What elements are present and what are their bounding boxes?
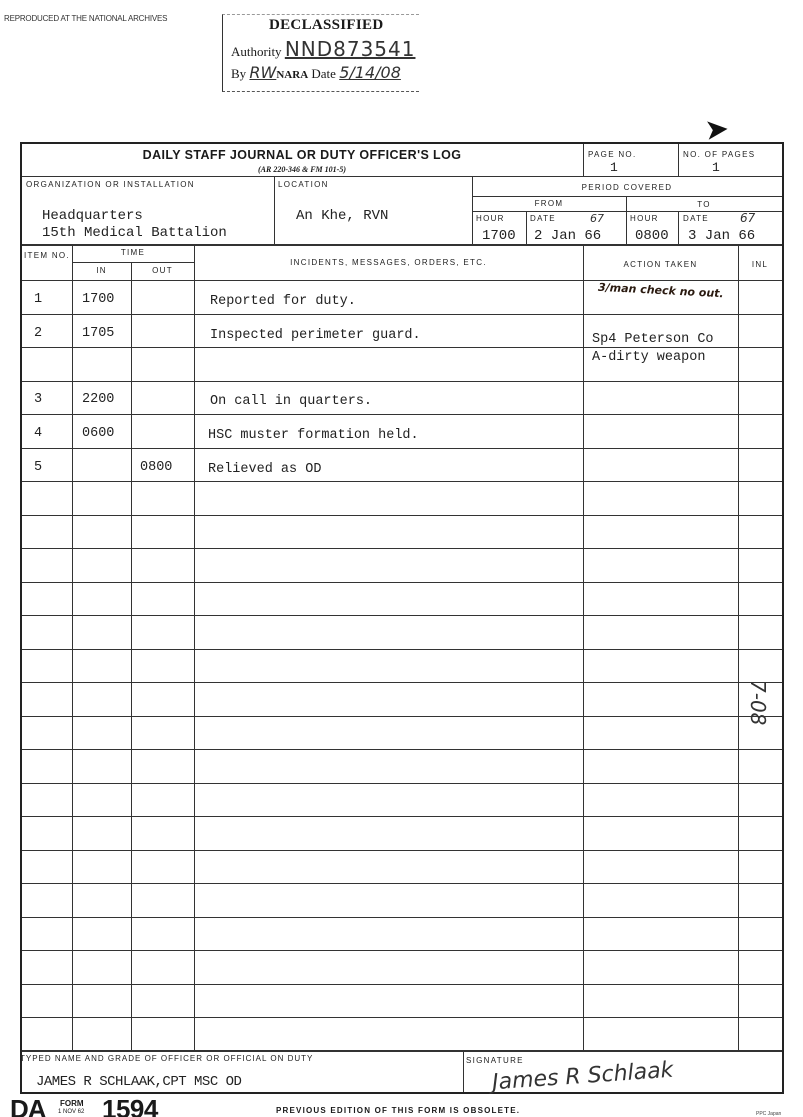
row-divider	[22, 548, 782, 549]
row-divider	[22, 1017, 782, 1018]
stamp-by-label: By	[231, 66, 246, 81]
to-hour-label: HOUR	[630, 214, 659, 223]
no-of-pages-value: 1	[712, 160, 720, 175]
divider	[678, 144, 679, 176]
divider	[22, 244, 782, 246]
row-divider	[22, 883, 782, 884]
row-divider	[22, 816, 782, 817]
row-2-in: 1705	[82, 326, 114, 341]
row-divider	[22, 749, 782, 750]
organization-line2: 15th Medical Battalion	[42, 225, 227, 241]
divider	[626, 196, 627, 244]
to-label: TO	[626, 200, 782, 209]
row-2b-action: A-dirty weapon	[592, 350, 705, 365]
row-divider	[22, 481, 782, 482]
footer-da: DA	[10, 1094, 46, 1117]
row-divider	[22, 582, 782, 583]
row-4-in: 0600	[82, 426, 114, 441]
divider	[472, 211, 782, 212]
declassified-stamp: DECLASSIFIED Authority NND873541 By RWNA…	[222, 14, 419, 92]
divider	[472, 196, 782, 197]
row-4-item: 4	[34, 426, 42, 441]
row-divider	[22, 314, 782, 315]
stamp-authority-value: NND873541	[285, 37, 416, 61]
stamp-by-row: By RWNARA Date 5/14/08	[231, 63, 401, 82]
to-date-correction: 67	[740, 211, 755, 225]
location-label: LOCATION	[278, 180, 329, 189]
row-divider	[22, 448, 782, 449]
action-taken-header: ACTION TAKEN	[583, 260, 738, 269]
page-no-label: PAGE NO.	[588, 150, 636, 159]
from-hour-label: HOUR	[476, 214, 505, 223]
divider	[72, 244, 73, 1050]
row-5-out: 0800	[140, 460, 172, 475]
row-2-incident: Inspected perimeter guard.	[210, 328, 421, 343]
incidents-header: INCIDENTS, MESSAGES, ORDERS, ETC.	[194, 258, 583, 267]
row-divider	[22, 984, 782, 985]
from-date-label: DATE	[530, 214, 556, 223]
divider	[678, 211, 679, 244]
inl-header: INL	[738, 260, 782, 269]
form-title: DAILY STAFF JOURNAL OR DUTY OFFICER'S LO…	[22, 148, 582, 162]
row-1-in: 1700	[82, 292, 114, 307]
row-3-in: 2200	[82, 392, 114, 407]
stamp-title: DECLASSIFIED	[269, 17, 383, 34]
time-header: TIME	[72, 248, 194, 257]
divider	[738, 244, 739, 1050]
to-hour-value: 0800	[635, 228, 669, 244]
divider	[22, 1050, 782, 1052]
divider	[463, 1050, 464, 1092]
row-divider	[22, 381, 782, 382]
divider	[583, 144, 584, 176]
arrow-mark-icon: ➤	[705, 113, 729, 146]
to-date-value: 3 Jan 66	[688, 228, 755, 244]
row-5-incident: Relieved as OD	[208, 462, 321, 477]
stamp-date-label: Date	[311, 66, 336, 81]
no-of-pages-label: NO. OF PAGES	[683, 150, 755, 159]
row-divider	[22, 649, 782, 650]
officer-name: JAMES R SCHLAAK,CPT MSC OD	[36, 1074, 241, 1090]
row-divider	[22, 280, 782, 281]
from-label: FROM	[472, 199, 626, 208]
row-3-item: 3	[34, 392, 42, 407]
divider	[22, 176, 782, 177]
divider	[526, 211, 527, 244]
row-divider	[22, 850, 782, 851]
time-in-header: IN	[72, 266, 131, 275]
row-3-incident: On call in quarters.	[210, 394, 372, 409]
row-divider	[22, 347, 782, 348]
divider	[583, 244, 584, 1050]
row-2-item: 2	[34, 326, 42, 341]
organization-label: ORGANIZATION OR INSTALLATION	[26, 180, 195, 189]
item-no-header: ITEM NO.	[22, 250, 72, 261]
row-1-incident: Reported for duty.	[210, 294, 356, 309]
footer-printer: PPC Japan	[756, 1111, 781, 1117]
row-5-item: 5	[34, 460, 42, 475]
divider	[194, 244, 195, 1050]
period-covered-label: PERIOD COVERED	[472, 183, 782, 192]
from-date-correction: 67	[590, 212, 604, 225]
organization-line1: Headquarters	[42, 208, 143, 224]
row-1-action-handwritten: 3/man check no out.	[598, 281, 724, 301]
row-divider	[22, 414, 782, 415]
location-value: An Khe, RVN	[296, 208, 388, 224]
duty-officer-log-form: DAILY STAFF JOURNAL OR DUTY OFFICER'S LO…	[20, 142, 784, 1094]
row-divider	[22, 682, 782, 683]
stamp-nara: NARA	[276, 69, 308, 81]
row-4-incident: HSC muster formation held.	[208, 428, 419, 443]
from-hour-value: 1700	[482, 228, 516, 244]
form-subtitle: (AR 220-346 & FM 101-5)	[22, 165, 582, 174]
footer-obsolete-notice: PREVIOUS EDITION OF THIS FORM IS OBSOLET…	[276, 1106, 520, 1115]
row-divider	[22, 950, 782, 951]
row-divider	[22, 615, 782, 616]
to-date-label: DATE	[683, 214, 709, 223]
row-divider	[22, 515, 782, 516]
time-out-header: OUT	[131, 266, 194, 275]
margin-note: 7-08	[746, 680, 770, 725]
stamp-authority-row: Authority NND873541	[231, 37, 415, 61]
row-2-action: Sp4 Peterson Co	[592, 332, 714, 347]
stamp-authority-label: Authority	[231, 44, 282, 59]
stamp-initials: RW	[249, 63, 276, 82]
footer-form-label: FORM	[60, 1099, 84, 1108]
row-divider	[22, 917, 782, 918]
officer-name-label: TYPED NAME AND GRADE OF OFFICER OR OFFIC…	[20, 1054, 313, 1063]
signature-label: SIGNATURE	[466, 1056, 524, 1065]
archives-header: REPRODUCED AT THE NATIONAL ARCHIVES	[4, 14, 167, 23]
footer-form-date: 1 NOV 62	[58, 1109, 84, 1115]
footer-form-number: 1594	[102, 1094, 158, 1117]
row-divider	[22, 783, 782, 784]
row-1-item: 1	[34, 292, 42, 307]
stamp-date-value: 5/14/08	[339, 63, 401, 82]
from-date-value: 2 Jan 66	[534, 228, 601, 244]
page-no-value: 1	[610, 160, 618, 175]
divider	[72, 262, 194, 263]
divider	[274, 176, 275, 244]
row-divider	[22, 716, 782, 717]
